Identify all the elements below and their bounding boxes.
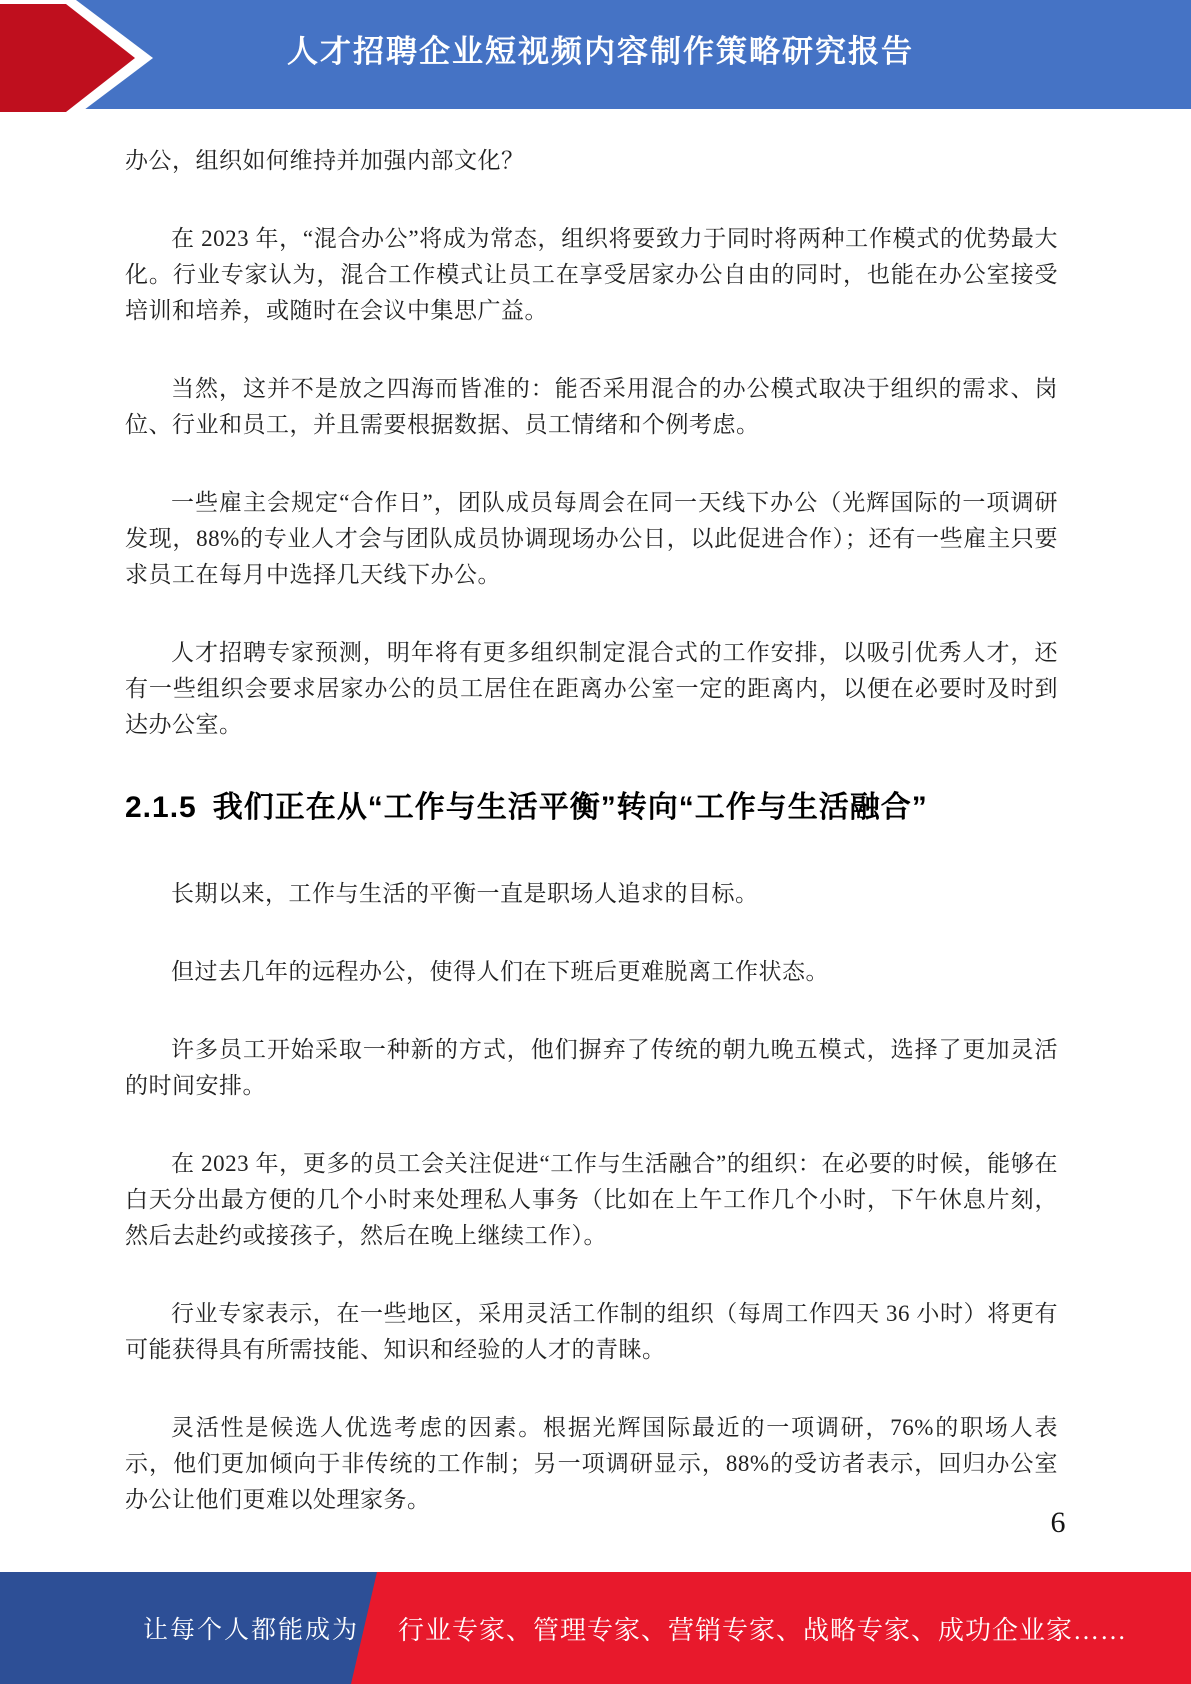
paragraph: 在 2023 年，“混合办公”将成为常态，组织将要致力于同时将两种工作模式的优势… bbox=[125, 221, 1058, 329]
paragraph: 灵活性是候选人优选考虑的因素。根据光辉国际最近的一项调研，76%的职场人表示，他… bbox=[125, 1410, 1058, 1518]
paragraph: 办公，组织如何维持并加强内部文化？ bbox=[125, 143, 1058, 179]
report-title: 人才招聘企业短视频内容制作策略研究报告 bbox=[130, 0, 1071, 96]
page-number: 6 bbox=[1028, 1506, 1088, 1540]
section-number: 2.1.5 bbox=[125, 791, 197, 824]
footer-banner: 让每个人都能成为 行业专家、管理专家、营销专家、战略专家、成功企业家…… bbox=[0, 1572, 1191, 1684]
paragraph: 在 2023 年，更多的员工会关注促进“工作与生活融合”的组织：在必要的时候，能… bbox=[125, 1146, 1058, 1254]
footer-slogan-left: 让每个人都能成为 bbox=[143, 1572, 359, 1684]
header-banner: 人才招聘企业短视频内容制作策略研究报告 bbox=[0, 0, 1191, 109]
footer-slogan-right: 行业专家、管理专家、营销专家、战略专家、成功企业家…… bbox=[398, 1572, 1127, 1684]
paragraph: 行业专家表示，在一些地区，采用灵活工作制的组织（每周工作四天 36 小时）将更有… bbox=[125, 1296, 1058, 1368]
paragraph: 长期以来，工作与生活的平衡一直是职场人追求的目标。 bbox=[125, 876, 1058, 912]
paragraph: 人才招聘专家预测，明年将有更多组织制定混合式的工作安排，以吸引优秀人才，还有一些… bbox=[125, 635, 1058, 743]
section-title: 我们正在从“工作与生活平衡”转向“工作与生活融合” bbox=[213, 791, 928, 824]
paragraph: 但过去几年的远程办公，使得人们在下班后更难脱离工作状态。 bbox=[125, 954, 1058, 990]
red-arrow-icon bbox=[0, 0, 170, 118]
paragraph: 一些雇主会规定“合作日”，团队成员每周会在同一天线下办公（光辉国际的一项调研发现… bbox=[125, 485, 1058, 593]
document-body: 办公，组织如何维持并加强内部文化？ 在 2023 年，“混合办公”将成为常态，组… bbox=[125, 143, 1058, 1560]
paragraph: 当然，这并不是放之四海而皆准的：能否采用混合的办公模式取决于组织的需求、岗位、行… bbox=[125, 371, 1058, 443]
paragraph: 许多员工开始采取一种新的方式，他们摒弃了传统的朝九晚五模式，选择了更加灵活的时间… bbox=[125, 1032, 1058, 1104]
report-page: 人才招聘企业短视频内容制作策略研究报告 办公，组织如何维持并加强内部文化？ 在 … bbox=[0, 0, 1191, 1684]
section-heading: 2.1.5我们正在从“工作与生活平衡”转向“工作与生活融合” bbox=[125, 785, 1058, 831]
